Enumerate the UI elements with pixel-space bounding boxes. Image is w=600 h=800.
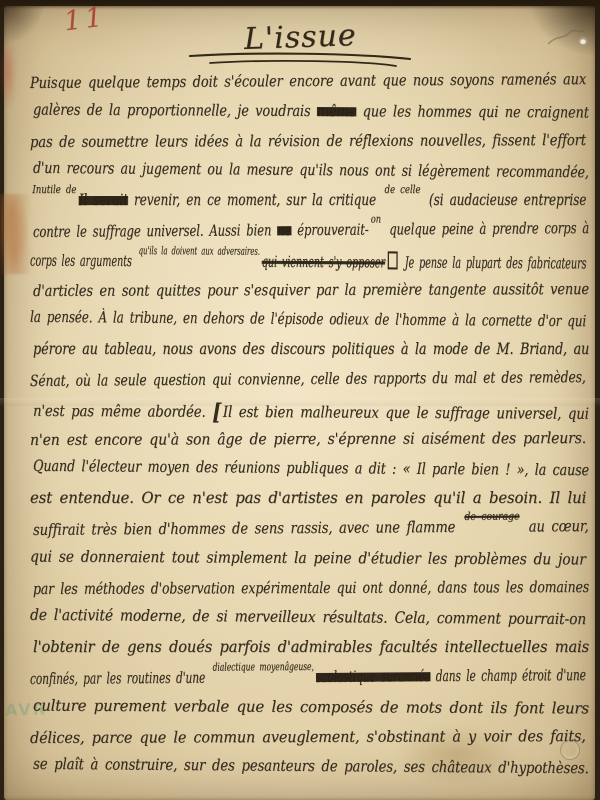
text-segment: Je pense la plupart des fabricateurs (400, 253, 587, 272)
text-segment: Sénat, où la seule question qui convienn… (30, 368, 586, 390)
text-segment: culture purement verbale que les composé… (33, 696, 589, 717)
scribbled-out-text: Il serait (79, 191, 128, 209)
interlinear-insertion: on (371, 212, 381, 225)
manuscript-line: Puisque quelque temps doit s'écouler enc… (30, 70, 586, 104)
text-segment: l'obtenir de gens doués parfois d'admira… (33, 638, 589, 656)
text-segment: dans le champ étroit d'une (430, 666, 586, 685)
manuscript-photo: AVR 11 L'issue Puisque quelque temps doi… (0, 0, 600, 800)
text-segment: délices, parce que le commun aveuglement… (30, 727, 586, 747)
text-segment: suffirait très bien d'hommes de sens ras… (33, 518, 462, 539)
manuscript-line: suffirait très bien d'hommes de sens ras… (30, 517, 586, 551)
interlinear-insertion: de courage (464, 509, 519, 522)
text-segment: est entendue. Or ce n'est pas d'artistes… (30, 489, 586, 507)
text-segment: que les hommes qui ne craignent (356, 102, 589, 121)
text-segment: (si audacieuse entreprise (423, 191, 586, 209)
manuscript-line: d'articles en sont quittes pour s'esquiv… (30, 280, 586, 312)
manuscript-line: Sénat, où la seule question qui convienn… (30, 368, 586, 402)
manuscript-line: Quand l'électeur moyen des réunions publ… (30, 457, 586, 491)
text-segment: la pensée. À la tribune, en dehors de l'… (30, 308, 586, 330)
interlinear-insertion: dialectique moyenâgeuse, (213, 660, 314, 674)
text-segment: confinés, par les routines d'une (30, 669, 211, 688)
text-segment: contre le suffrage universel. Aussi bien (33, 221, 277, 241)
page-title: L'issue (243, 18, 357, 57)
interlinear-insertion: qu'ils la doivent aux adversaires. (139, 244, 260, 258)
text-segment: éprouverait- (291, 221, 368, 240)
manuscript-line: par les méthodes d'observation expérimen… (30, 578, 586, 610)
manuscript-line: contre le suffrage universel. Aussi bien… (30, 219, 586, 253)
title-block: L'issue (0, 20, 600, 69)
manuscript-line: n'est pas même abordée. [Il est bien mal… (30, 398, 586, 431)
manuscript-line: la pensée. À la tribune, en dehors de l'… (30, 308, 586, 342)
interlinear-insertion: Inutile de (32, 183, 76, 196)
interlinear-insertion: de celle (384, 183, 420, 196)
text-segment: pas de soumettre leurs idées à la révisi… (30, 131, 586, 151)
text-segment: galères de la proportionnelle, je voudra… (33, 100, 317, 119)
manuscript-line: galères de la proportionnelle, je voudra… (30, 100, 586, 133)
manuscript-line: délices, parce que le commun aveuglement… (30, 727, 586, 759)
text-segment: au cœur, (522, 517, 589, 535)
scribbled-out-text: ne (277, 221, 291, 239)
manuscript-line: de l'activité moderne, de si merveilleux… (30, 606, 586, 640)
scribbled-out-text: même (317, 102, 356, 120)
text-segment: de l'activité moderne, de si merveilleux… (30, 606, 586, 628)
text-segment: Quand l'électeur moyen des réunions publ… (33, 457, 589, 479)
manuscript-line: pérore au tableau, nous avons des discou… (30, 340, 586, 370)
manuscript-line: Inutile deIl serait revenir, en ce momen… (30, 191, 586, 221)
text-segment: se plaît à construire, sur des pesanteur… (33, 755, 589, 777)
struck-text: qui viennent s'y opposer (262, 253, 385, 272)
manuscript-lines: Puisque quelque temps doit s'écouler enc… (30, 72, 586, 787)
manuscript-line: qui se donneraient tout simplement la pe… (30, 547, 586, 580)
manuscript-line: d'un recours au jugement ou la mesure qu… (30, 159, 586, 193)
text-segment: Il est bien malheureux que le suffrage u… (223, 403, 589, 423)
text-segment: quelque peine à prendre corps à (383, 219, 589, 238)
manuscript-line: confinés, par les routines d'une dialect… (30, 666, 586, 700)
manuscript-line: se plaît à construire, sur des pesanteur… (30, 755, 586, 789)
text-segment: n'en est encore qu'à son âge de pierre, … (30, 429, 586, 449)
manuscript-line: pas de soumettre leurs idées à la révisi… (30, 131, 586, 163)
text-segment: qui se donneraient tout simplement la pe… (30, 547, 586, 568)
text-segment: par les méthodes d'observation expérimen… (33, 578, 589, 598)
manuscript-line: culture purement verbale que les composé… (30, 696, 586, 729)
manuscript-line: n'en est encore qu'à son âge de pierre, … (30, 429, 586, 461)
text-segment: revenir, en ce moment, sur la critique (128, 191, 382, 209)
text-segment: d'articles en sont quittes pour s'esquiv… (33, 280, 589, 300)
boxed-mark (387, 251, 397, 269)
text-segment: Puisque quelque temps doit s'écouler enc… (30, 70, 586, 92)
text-segment: pérore au tableau, nous avons des discou… (33, 340, 589, 358)
scribbled-out-text: scolastique surannée (316, 667, 431, 686)
manuscript-line: corps les arguments qu'ils la doivent au… (30, 249, 586, 282)
margin-bracket: [ (212, 399, 221, 425)
text-segment: corps les arguments (30, 251, 137, 270)
text-segment: d'un recours au jugement ou la mesure qu… (33, 159, 589, 181)
text-segment: n'est pas même abordée. (33, 402, 212, 421)
